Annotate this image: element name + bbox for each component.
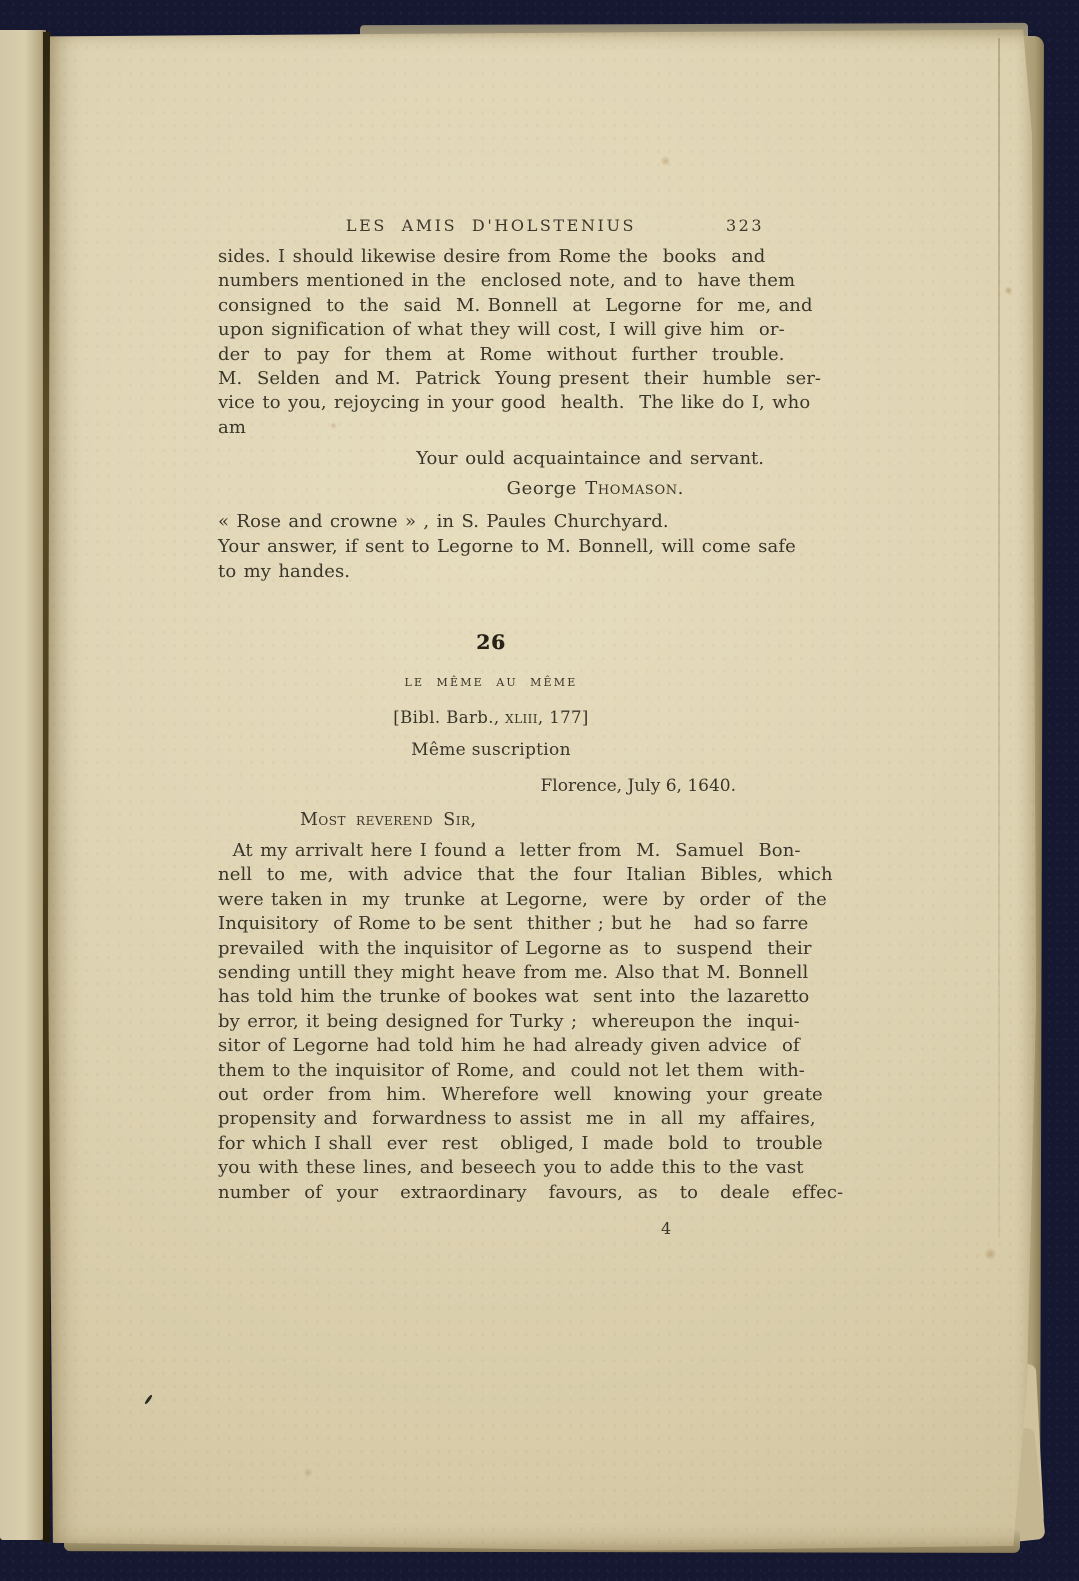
- foxing-spot: [984, 1248, 997, 1260]
- ink-mark: [144, 1394, 153, 1405]
- signature-surname: Thomason.: [585, 478, 684, 499]
- foxing-spot: [660, 156, 671, 166]
- letter-body-continued: sides. I should likewise desire from Rom…: [218, 245, 764, 440]
- facing-page-edge: [0, 30, 46, 1540]
- signature-first-name: George: [507, 478, 586, 499]
- running-head: LES AMIS D'HOLSTENIUS 323: [218, 216, 764, 235]
- letter-body: At my arrivalt here I found a letter fro…: [218, 839, 764, 1205]
- running-head-title: LES AMIS D'HOLSTENIUS: [346, 216, 636, 235]
- reference-roman-numeral: xliii: [505, 708, 538, 727]
- letter-signature: George Thomason.: [218, 478, 764, 499]
- letter-number: 26: [218, 630, 764, 654]
- page-crease: [998, 38, 1000, 1238]
- foxing-spot: [1004, 286, 1013, 295]
- letter-salutation: Most reverend Sir,: [218, 810, 764, 830]
- book-scan: LES AMIS D'HOLSTENIUS 323 sides. I shoul…: [0, 0, 1079, 1581]
- letter-heading: le même au même: [218, 671, 764, 690]
- letter-dateline: Florence, July 6, 1640.: [218, 776, 764, 796]
- reference-suffix: , 177]: [538, 708, 589, 727]
- letter-note: Même suscription: [218, 740, 764, 760]
- reference-prefix: [Bibl. Barb.,: [393, 708, 505, 727]
- letter-reference: [Bibl. Barb., xliii, 177]: [218, 708, 764, 727]
- page-number: 323: [726, 216, 764, 235]
- letter-postscript: « Rose and crowne » , in S. Paules Churc…: [218, 510, 764, 585]
- letter-closing: Your ould acquaintaince and servant.: [218, 448, 764, 469]
- book-page: LES AMIS D'HOLSTENIUS 323 sides. I shoul…: [48, 28, 1036, 1552]
- foxing-spot: [303, 1468, 313, 1477]
- signature-mark: 4: [661, 1219, 1079, 1238]
